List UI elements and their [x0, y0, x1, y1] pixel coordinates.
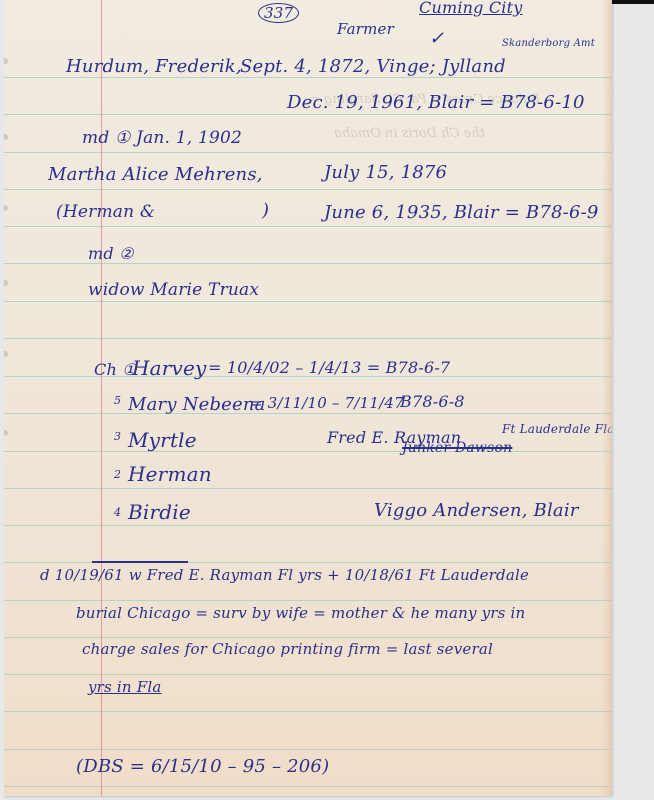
scan-edge-bar: [612, 0, 654, 4]
child-spouse-struck: Junker Dawson: [402, 440, 512, 456]
ruled-line: [4, 786, 612, 787]
notebook-page: Balance Cross = Pa. Ch Sargling = the Ch…: [4, 0, 612, 796]
ruled-line: [4, 451, 612, 452]
note-line: d 10/19/61 w Fred E. Rayman Fl yrs + 10/…: [40, 566, 529, 584]
ruled-line: [4, 600, 612, 601]
child-details: = 3/11/10 – 7/11/47: [250, 394, 404, 412]
ruled-line: [4, 674, 612, 675]
binding-tear: [4, 351, 8, 357]
ruled-line: [4, 189, 612, 190]
ruled-line: [4, 301, 612, 302]
bleed-through-text: the Ch Doris in Omaha: [334, 126, 485, 141]
marriage-2-spouse: widow Marie Truax: [88, 280, 259, 300]
marriage-1-spouse-death: June 6, 1935, Blair = B78-6-9: [324, 202, 599, 223]
ruled-line: [4, 263, 612, 264]
note-line: yrs in Fla: [88, 678, 161, 696]
binding-tear: [4, 280, 8, 286]
marriage-1-spouse-parents: (Herman &: [56, 202, 155, 222]
binding-tear: [4, 58, 8, 64]
child-name: Birdie: [128, 500, 191, 524]
binding-tear: [4, 205, 8, 211]
subject-name: Hurdum, Frederik,: [66, 56, 242, 77]
ruled-line: [4, 226, 612, 227]
marriage-1-spouse-parents-close: ): [262, 200, 269, 221]
marriage-1-label: md ① Jan. 1, 1902: [82, 128, 242, 148]
ruled-line: [4, 114, 612, 115]
child-number: 5: [114, 394, 121, 407]
child-name: Herman: [128, 462, 212, 486]
child-number: 2: [114, 468, 121, 481]
ruled-line: [4, 749, 612, 750]
overline-stroke: [92, 561, 188, 563]
ruled-line: [4, 525, 612, 526]
note-line: charge sales for Chicago printing firm =…: [82, 640, 493, 658]
ruled-line: [4, 152, 612, 153]
occupation: Farmer: [337, 20, 394, 38]
child-name: Mary Nebeena: [128, 394, 266, 415]
ruled-line: [4, 637, 612, 638]
check-mark-icon: ✓: [429, 28, 444, 49]
record-number: 337: [258, 4, 299, 22]
subject-birth: Sept. 4, 1872, Vinge; Jylland: [240, 56, 506, 77]
note-line: burial Chicago = surv by wife = mother &…: [76, 604, 525, 622]
marriage-1-spouse: Martha Alice Mehrens,: [48, 164, 263, 185]
subject-death: Dec. 19, 1961, Blair = B78-6-10: [287, 92, 585, 113]
ruled-line: [4, 488, 612, 489]
binding-tear: [4, 430, 8, 436]
child-spouse-place: Ft Lauderdale Fla: [502, 422, 612, 436]
child-burial: B78-6-8: [400, 392, 465, 411]
child-number: 3: [114, 430, 121, 443]
margin-line: [101, 0, 102, 796]
ruled-line: [4, 338, 612, 339]
marriage-2-label: md ②: [88, 244, 134, 263]
residence-place: Cuming City: [419, 0, 523, 17]
ruled-line: [4, 77, 612, 78]
ruled-line: [4, 413, 612, 414]
child-spouse: Viggo Andersen, Blair: [374, 500, 579, 521]
child-number: 4: [114, 506, 121, 519]
source-citation: (DBS = 6/15/10 – 95 – 206): [76, 756, 329, 777]
marriage-1-spouse-birth: July 15, 1876: [324, 162, 447, 183]
binding-tear: [4, 134, 8, 140]
subject-birth-amt: Skanderborg Amt: [502, 38, 595, 49]
child-details: = 10/4/02 – 1/4/13 = B78-6-7: [208, 358, 450, 377]
children-label: Ch ①: [94, 360, 137, 379]
child-name: Harvey: [132, 356, 207, 380]
ruled-line: [4, 711, 612, 712]
child-name: Myrtle: [128, 428, 197, 452]
